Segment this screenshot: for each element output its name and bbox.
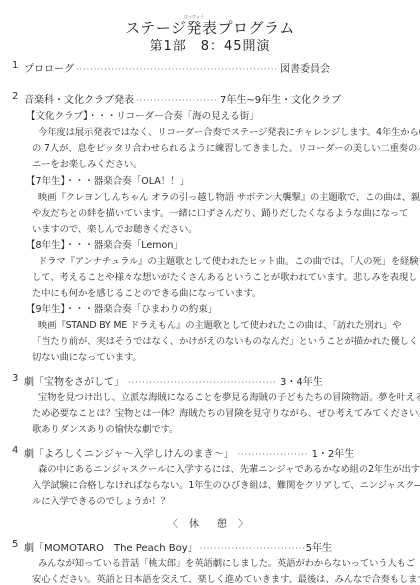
- paragraph-line: みんなが知っている昔話「桃太郎」を英語劇にしました。英語がわからないっていう人も…: [38, 555, 415, 569]
- paragraph-line: 映画『クレヨンしんちゃん オラの引っ越し物語 サボテン大襲撃』の主題歌で、この曲…: [38, 189, 420, 203]
- leader-dots: ··································: [238, 450, 308, 459]
- leader-dots: ········································…: [128, 378, 276, 387]
- paragraph-line: 入学試験に合格しなければならない。1年生のひびき組は、難関をクリアして、ニンジャ…: [32, 477, 420, 491]
- page-subtitle: 第1部 8：45開演: [0, 35, 420, 54]
- entry-title: 劇「よろしくニンジャ～入学しけんのまき～」: [24, 445, 234, 460]
- paragraph-line: 「当たり前が、実はそうではなく、かけがえのないものなんだ」ということが描かれた優…: [32, 333, 418, 347]
- paragraph-line: ドラマ『アンナチュラル』の主題歌として使われたヒット曲。この曲では、「人の死」を…: [38, 253, 418, 267]
- item-number: 4: [12, 445, 18, 456]
- program-entry-2: 音楽科・文化クラブ発表 ····························…: [24, 91, 341, 106]
- entry-title: 劇「宝物をさがして」: [24, 373, 124, 388]
- paragraph-line: ルに入学できるのでしょうか！？: [32, 493, 170, 507]
- program-entry-5: 劇「MOMOTARO The Peach Boy」 ··············…: [24, 539, 332, 554]
- item-number: 1: [12, 60, 18, 71]
- paragraph-line: 今年度は展示発表ではなく、リコーダー合奏でステージ発表にチャレンジします。4年生…: [38, 124, 420, 138]
- entry-performer: 3・4年生: [280, 373, 323, 388]
- paragraph-line: 宝物を見つけ出し、立派な海賊になることを夢見る海賊の子どもたちの冒険物語。夢を叶…: [38, 389, 420, 403]
- entry-performer: 1・2年生: [312, 445, 355, 460]
- section-heading: 【8年生】・・・器楽合奏「Lemon」: [26, 237, 183, 251]
- item-number: 3: [12, 373, 18, 384]
- entry-performer: 7年生~9年生・文化クラブ: [220, 91, 341, 106]
- paragraph-line: や友だちとの絆を描いています。一緒に口ずさんだり、踊りだしたくなるような曲になっ…: [32, 205, 408, 219]
- paragraph-line: た中にも何かを感じることのできる曲になっています。: [32, 285, 261, 299]
- entry-title: 劇「MOMOTARO The Peach Boy」: [24, 539, 198, 554]
- entry-performer: 図書委員会: [280, 60, 330, 75]
- section-heading: 【7年生】・・・器楽合奏「OLA！！」: [26, 173, 189, 187]
- paragraph-line: 安心ください。英語と日本語を交えて、楽しく進めていきます。最後は、みんなで合奏も…: [32, 571, 420, 585]
- paragraph-line: いますので、楽しんでお聴きください。: [32, 221, 197, 235]
- leader-dots: ········································…: [136, 96, 218, 105]
- item-number: 5: [12, 539, 18, 550]
- item-number: 2: [12, 91, 18, 102]
- paragraph-line: して、考えることや様々な想いがたくさんあるということが歌われています。悲しみを表…: [32, 269, 417, 283]
- leader-dots: ········································…: [76, 65, 278, 74]
- program-page: はっぴょう ステージ発表プログラム 第1部 8：45開演 1 プロローグ ···…: [0, 0, 420, 585]
- section-heading: 【文化クラブ】・・・リコーダー合奏「海の見える街」: [26, 108, 259, 122]
- leader-dots: ········································…: [200, 544, 304, 553]
- program-entry-1: プロローグ ··································…: [24, 60, 330, 75]
- intermission-label: 〈 休 憩 〉: [0, 515, 420, 530]
- paragraph-line: ニーをお楽しみください。: [32, 156, 142, 170]
- program-entry-4: 劇「よろしくニンジャ～入学しけんのまき～」 ··················…: [24, 445, 354, 460]
- entry-title: プロローグ: [24, 60, 74, 75]
- paragraph-line: ため必要なことは？宝物とは一体？海賊たちの冒険を見守りながら、ぜひ考えてみてくだ…: [32, 405, 420, 419]
- entry-performer: 5年生: [306, 539, 332, 554]
- section-heading: 【9年生】・・・器楽合奏「ひまわりの約束」: [26, 301, 217, 315]
- program-entry-3: 劇「宝物をさがして」 ·····························…: [24, 373, 323, 388]
- entry-title: 音楽科・文化クラブ発表: [24, 91, 134, 106]
- paragraph-line: 映画『STAND BY ME ドラえもん』の主題歌として使われたこの曲は、「訪れ…: [38, 317, 401, 331]
- paragraph-line: 森の中にあるニンジャスクールに入学するには、先輩ニンジャであるかなめ組の2年生が…: [38, 461, 420, 475]
- paragraph-line: 切ない曲になっています。: [32, 349, 142, 363]
- paragraph-line: の 7人が、息をピッタリ合わせられるように練習してきました。リコーダーの美しい二…: [32, 140, 420, 154]
- paragraph-line: 歌ありダンスありの愉快な劇です。: [32, 421, 178, 435]
